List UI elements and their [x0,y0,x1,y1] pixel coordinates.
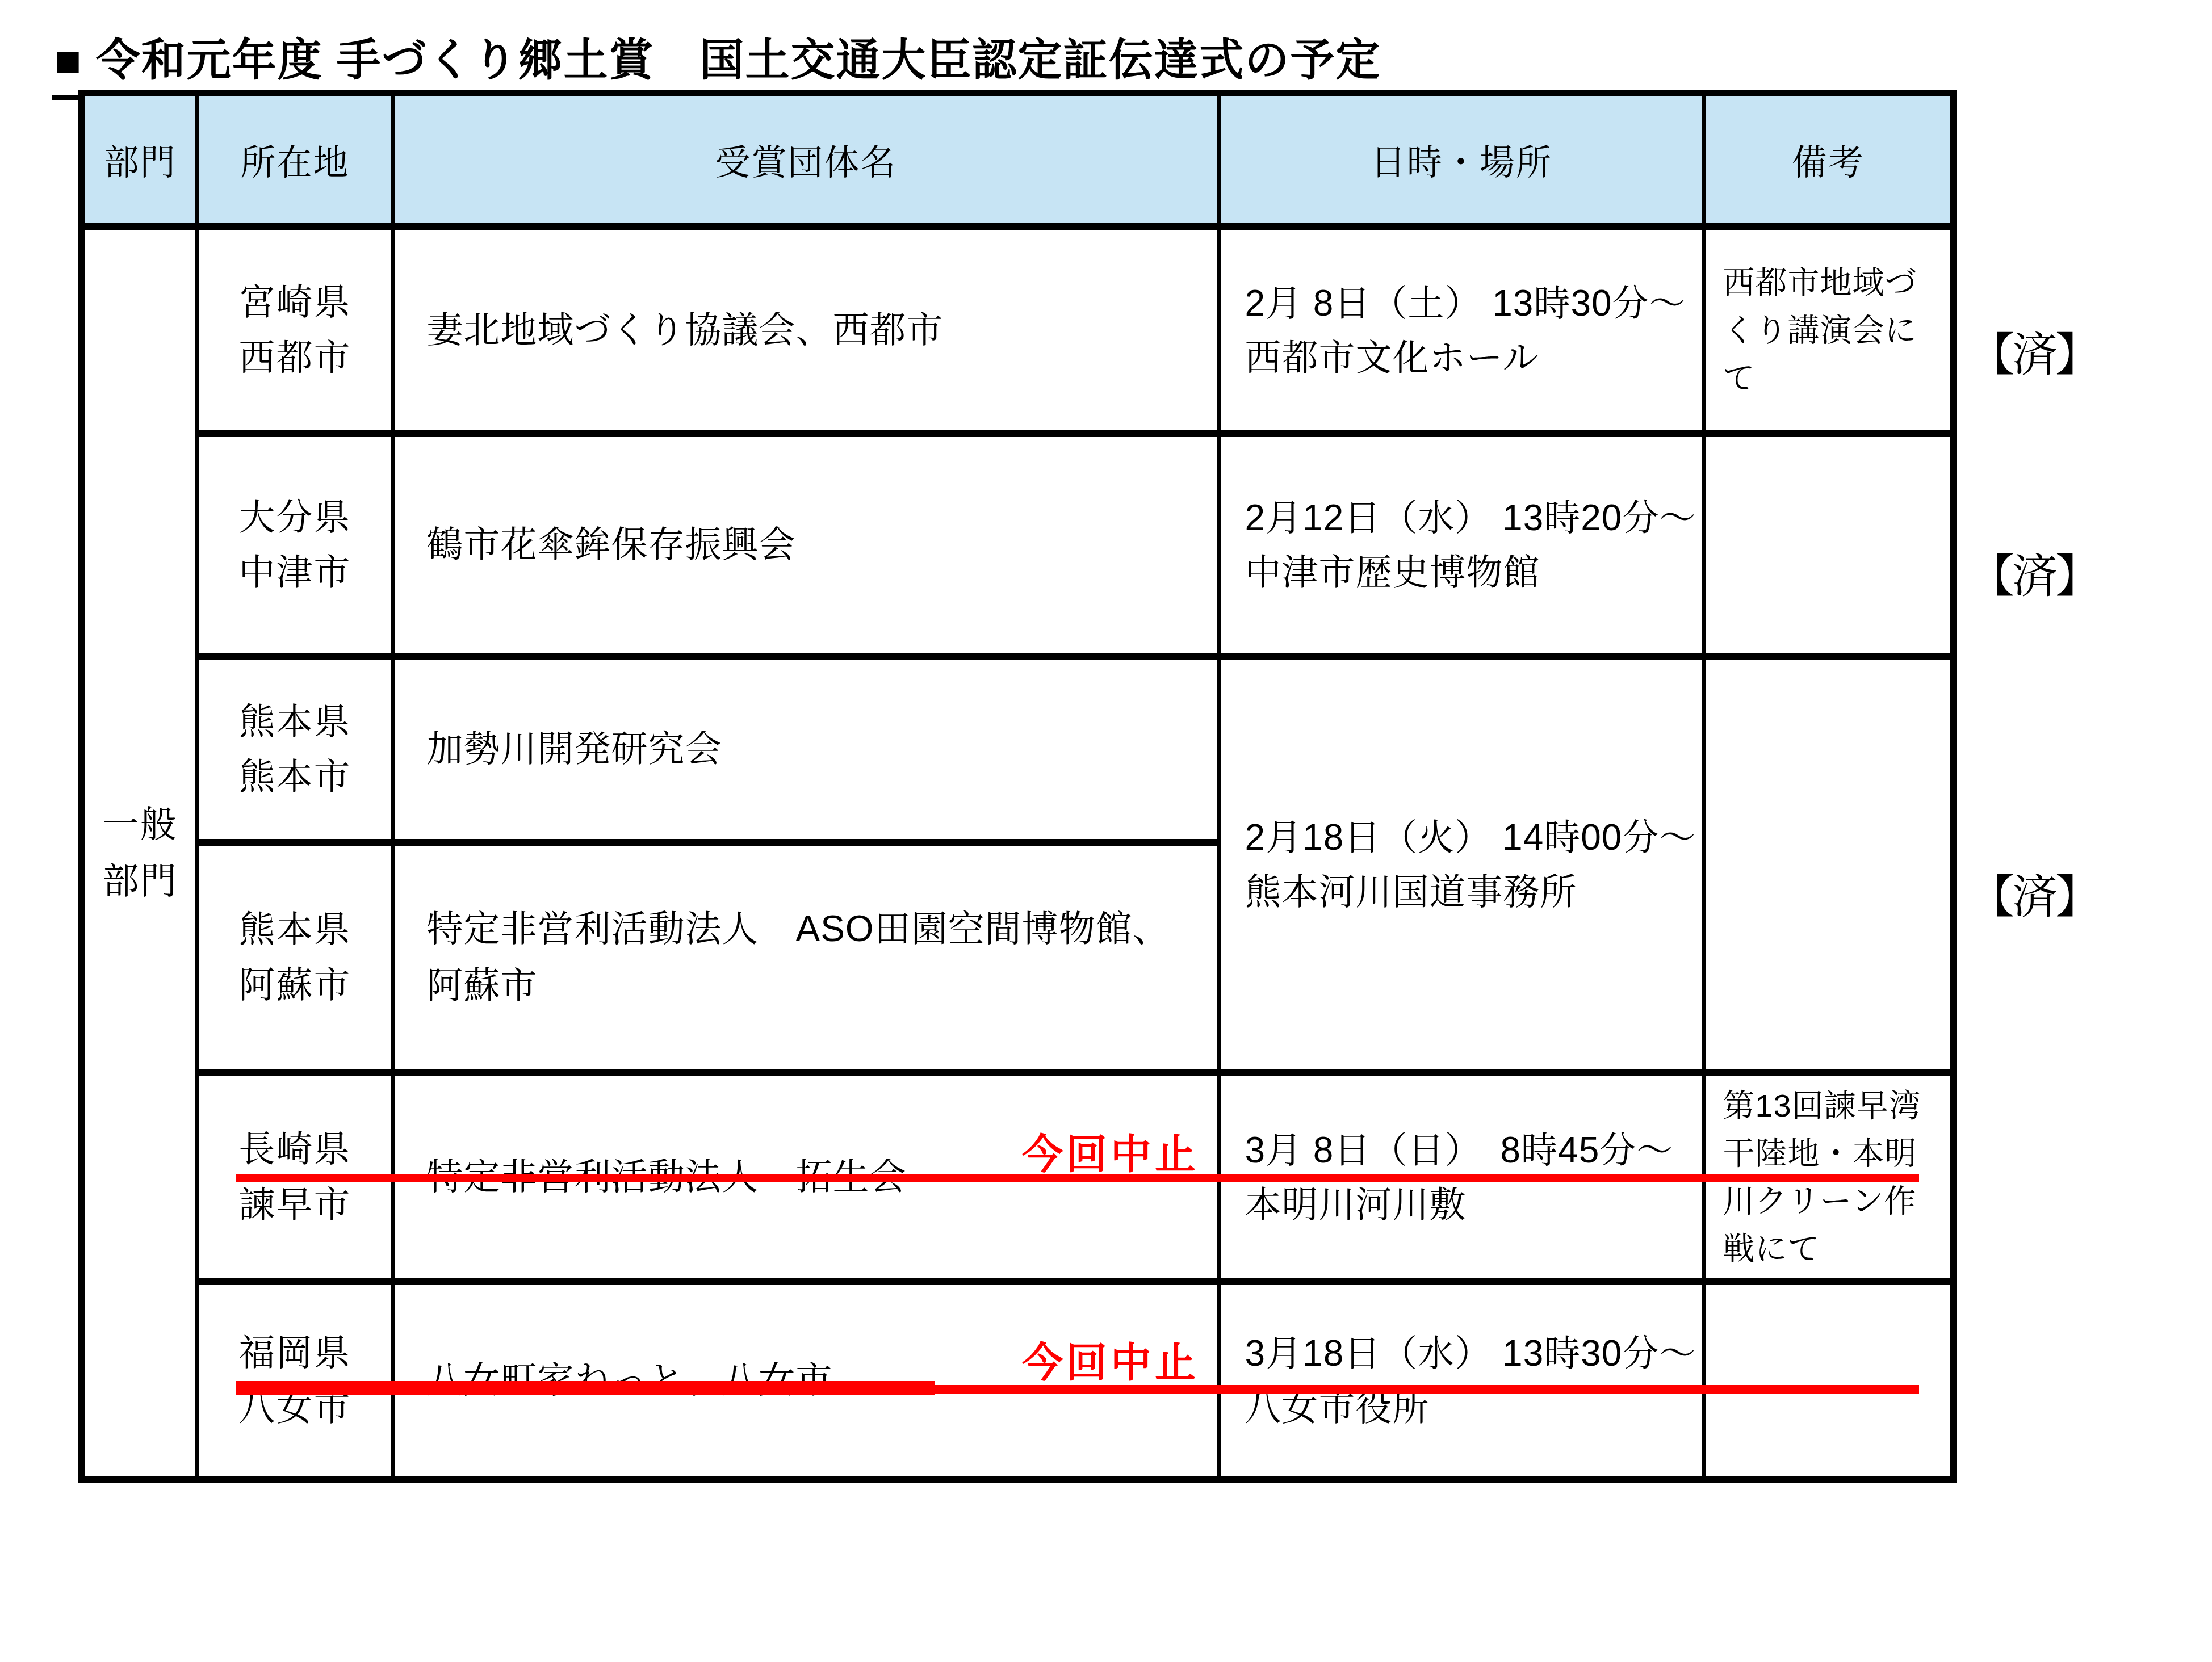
document-page: ■ 令和元年度 手づくり郷土賞 国土交通大臣認定証伝達式の予定 部門 所在地 受… [0,0,2212,1662]
schedule-table: 部門 所在地 受賞団体名 日時・場所 備考 一般 部門 宮崎県 西都市 妻北地域… [78,90,1957,1483]
cancelled-label-isahaya: 今回中止 [1022,1121,1199,1180]
cancel-strike-line-isahaya [236,1174,1919,1182]
done-badge-row1: 【済】 [1969,318,2098,383]
cell-organization: 妻北地域づくり協議会、西都市 [393,226,1219,434]
category-line1: 一般 [86,796,195,853]
cell-datetime-merged: 2月18日（火） 14時00分～ 熊本河川国道事務所 [1219,656,1704,1072]
column-header-location: 所在地 [197,93,393,226]
table-header-row: 部門 所在地 受賞団体名 日時・場所 備考 [82,93,1954,226]
datetime-line2: 本明川河川敷 [1245,1177,1696,1232]
datetime-line1: 2月12日（水） 13時20分～ [1245,490,1696,545]
location-prefecture: 福岡県 [200,1325,391,1380]
column-header-datetime: 日時・場所 [1219,93,1704,226]
cancelled-label-yame: 今回中止 [1022,1329,1199,1388]
cell-datetime: 2月12日（水） 13時20分～ 中津市歴史博物館 [1219,434,1704,656]
cell-location: 宮崎県 西都市 [197,226,393,434]
datetime-line2: 西都市文化ホール [1245,330,1696,385]
cell-location: 熊本県 熊本市 [197,656,393,842]
location-city: 諫早市 [200,1177,391,1232]
datetime-line2: 中津市歴史博物館 [1245,545,1696,599]
cancel-strike-line-yame-left [236,1381,935,1395]
location-city: 中津市 [200,545,391,600]
cell-location: 福岡県 八女市 [197,1282,393,1479]
cell-datetime: 2月 8日（土） 13時30分～ 西都市文化ホール [1219,226,1704,434]
location-prefecture: 熊本県 [200,694,391,749]
datetime-line1: 3月18日（水） 13時30分～ [1245,1326,1696,1380]
cell-location: 大分県 中津市 [197,434,393,656]
cell-category: 一般 部門 [82,226,197,1479]
column-header-organization: 受賞団体名 [393,93,1219,226]
table-row-kumamoto: 熊本県 熊本市 加勢川開発研究会 2月18日（火） 14時00分～ 熊本河川国道… [82,656,1954,842]
cell-datetime: 3月18日（水） 13時30分～ 八女市役所 [1219,1282,1704,1479]
cell-organization: 鶴市花傘鉾保存振興会 [393,434,1219,656]
cell-note-merged [1704,656,1954,1072]
cell-note [1704,1282,1954,1479]
cell-location: 熊本県 阿蘇市 [197,842,393,1072]
done-badge-rows3-4: 【済】 [1969,860,2098,925]
column-header-note: 備考 [1704,93,1954,226]
location-city: 阿蘇市 [200,958,391,1013]
cell-note [1704,434,1954,656]
location-prefecture: 長崎県 [200,1122,391,1177]
cancel-strike-line-yame-right [934,1385,1919,1394]
table-row-saito: 一般 部門 宮崎県 西都市 妻北地域づくり協議会、西都市 2月 8日（土） 13… [82,226,1954,434]
datetime-line1: 3月 8日（日） 8時45分～ [1245,1123,1696,1177]
location-prefecture: 大分県 [200,490,391,545]
location-city: 西都市 [200,330,391,385]
table-row-yame: 福岡県 八女市 八女町家ねっと、八女市 3月18日（水） 13時30分～ 八女市… [82,1282,1954,1479]
cell-organization: 特定非営利活動法人 ASO田園空間博物館、阿蘇市 [393,842,1219,1072]
datetime-line1: 2月18日（火） 14時00分～ [1245,810,1696,864]
datetime-line1: 2月 8日（土） 13時30分～ [1245,276,1696,330]
done-badge-row2: 【済】 [1969,539,2098,605]
location-city: 熊本市 [200,749,391,804]
location-prefecture: 熊本県 [200,902,391,957]
table-row-nakatsu: 大分県 中津市 鶴市花傘鉾保存振興会 2月12日（水） 13時20分～ 中津市歴… [82,434,1954,656]
column-header-category: 部門 [82,93,197,226]
datetime-line2: 熊本河川国道事務所 [1245,864,1696,919]
location-prefecture: 宮崎県 [200,275,391,330]
category-line2: 部門 [86,853,195,909]
cell-organization: 加勢川開発研究会 [393,656,1219,842]
cell-note: 西都市地域づくり講演会にて [1704,226,1954,434]
